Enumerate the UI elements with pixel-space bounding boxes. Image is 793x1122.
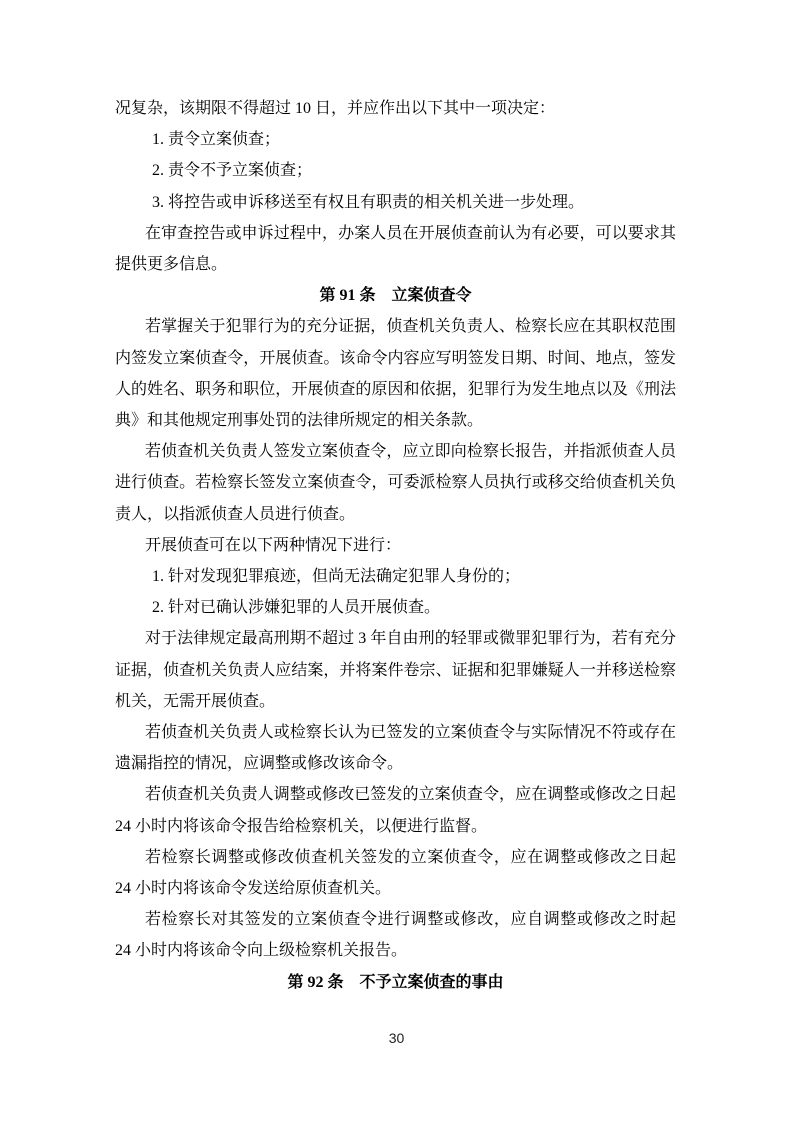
- list-item: 3. 将控告或申诉移送至有权且有职责的相关机关进一步处理。: [115, 187, 676, 218]
- article-91-heading: 第 91 条 立案侦查令: [115, 280, 676, 311]
- paragraph: 若掌握关于犯罪行为的充分证据，侦查机关负责人、检察长应在其职权范围内签发立案侦查…: [115, 311, 676, 436]
- document-body: 况复杂，该期限不得超过 10 日，并应作出以下其中一项决定： 1. 责令立案侦查…: [115, 93, 676, 998]
- list-item: 2. 责令不予立案侦查；: [115, 155, 676, 186]
- list-item: 2. 针对已确认涉嫌犯罪的人员开展侦查。: [115, 592, 676, 623]
- document-page: 况复杂，该期限不得超过 10 日，并应作出以下其中一项决定： 1. 责令立案侦查…: [0, 0, 793, 1122]
- page-number: 30: [0, 1028, 793, 1048]
- body-continuation-text: 况复杂，该期限不得超过 10 日，并应作出以下其中一项决定：: [115, 93, 676, 124]
- paragraph: 对于法律规定最高刑期不超过 3 年自由刑的轻罪或微罪犯罪行为，若有充分证据，侦查…: [115, 623, 676, 717]
- paragraph: 若侦查机关负责人签发立案侦查令，应立即向检察长报告，并指派侦查人员进行侦查。若检…: [115, 436, 676, 530]
- list-item: 1. 针对发现犯罪痕迹，但尚无法确定犯罪人身份的；: [115, 561, 676, 592]
- paragraph: 若侦查机关负责人调整或修改已签发的立案侦查令，应在调整或修改之日起 24 小时内…: [115, 779, 676, 841]
- paragraph: 在审查控告或申诉过程中，办案人员在开展侦查前认为有必要，可以要求其提供更多信息。: [115, 218, 676, 280]
- list-item: 1. 责令立案侦查；: [115, 124, 676, 155]
- paragraph: 若检察长调整或修改侦查机关签发的立案侦查令，应在调整或修改之日起 24 小时内将…: [115, 842, 676, 904]
- paragraph: 开展侦查可在以下两种情况下进行：: [115, 530, 676, 561]
- paragraph: 若侦查机关负责人或检察长认为已签发的立案侦查令与实际情况不符或存在遗漏指控的情况…: [115, 717, 676, 779]
- article-92-heading: 第 92 条 不予立案侦查的事由: [115, 967, 676, 998]
- paragraph: 若检察长对其签发的立案侦查令进行调整或修改，应自调整或修改之时起 24 小时内将…: [115, 904, 676, 966]
